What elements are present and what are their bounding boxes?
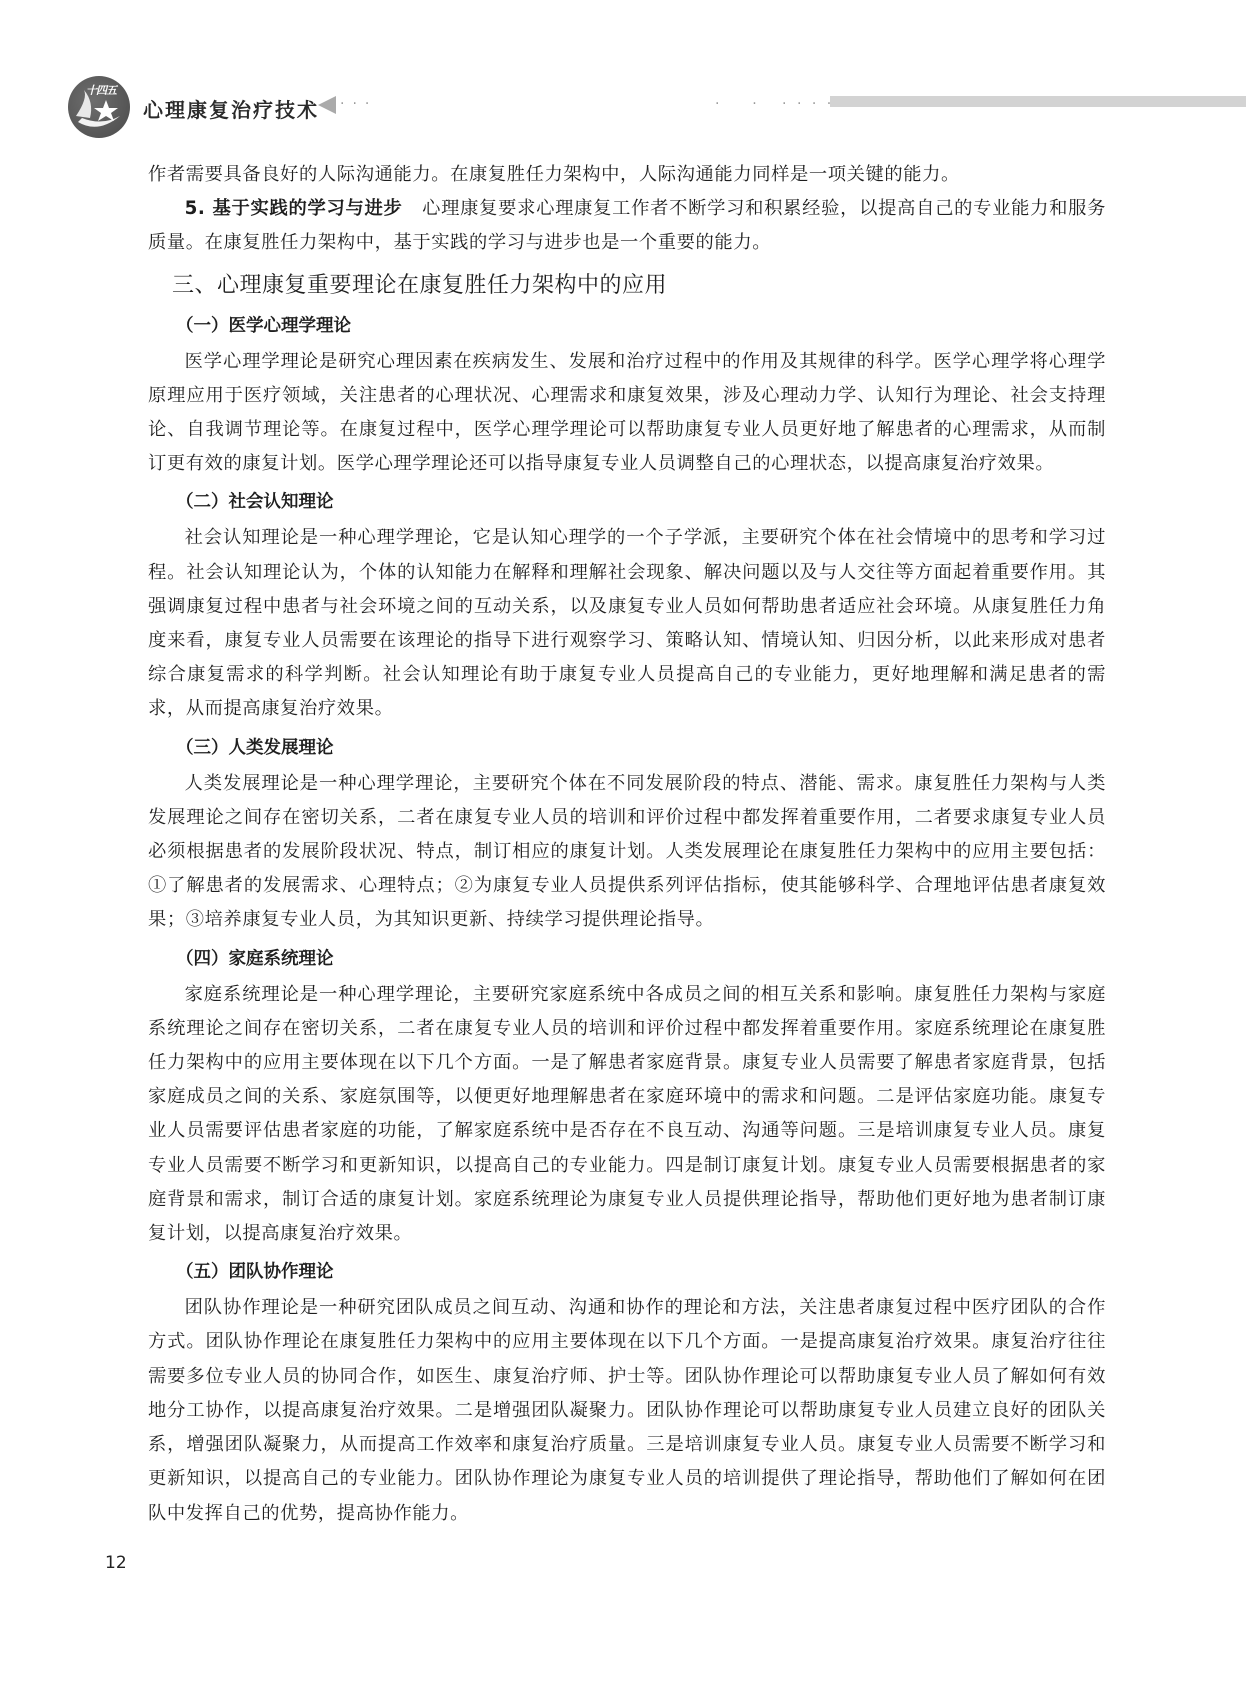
arrow-left-icon [318, 96, 336, 114]
section-title: 三、心理康复重要理论在康复胜任力架构中的应用 [172, 267, 1106, 305]
dots-decoration-right: · · · · · · · [715, 96, 849, 112]
page-content: 作者需要具备良好的人际沟通能力。在康复胜任力架构中，人际沟通能力同样是一项关键的… [148, 158, 1106, 1531]
subsection-paragraph-3: 人类发展理论是一种心理学理论，主要研究个体在不同发展阶段的特点、潜能、需求。康复… [148, 767, 1106, 938]
subsection-paragraph-1: 医学心理学理论是研究心理因素在疾病发生、发展和治疗过程中的作用及其规律的科学。医… [148, 345, 1106, 482]
subsection-paragraph-5: 团队协作理论是一种研究团队成员之间互动、沟通和协作的理论和方法，关注患者康复过程… [148, 1291, 1106, 1530]
item-5-paragraph: 5. 基于实践的学习与进步 心理康复要求心理康复工作者不断学习和积累经验，以提高… [148, 192, 1106, 260]
page-number: 12 [105, 1553, 127, 1573]
book-title: 心理康复治疗技术 [143, 94, 319, 123]
item-5-label: 5. 基于实践的学习与进步 [185, 198, 403, 219]
logo-text: 十四五 [86, 82, 116, 98]
subsection-heading-1: （一）医学心理学理论 [176, 309, 1106, 343]
subsection-heading-3: （三）人类发展理论 [176, 731, 1106, 765]
subsection-heading-4: （四）家庭系统理论 [176, 942, 1106, 976]
dots-decoration: ··· [340, 96, 377, 112]
header-bar [830, 96, 1246, 107]
series-logo-icon: 十四五 [68, 76, 130, 138]
subsection-heading-2: （二）社会认知理论 [176, 485, 1106, 519]
page-header: 十四五 心理康复治疗技术 ··· · · · · · · · [0, 0, 1246, 150]
subsection-heading-5: （五）团队协作理论 [176, 1255, 1106, 1289]
subsection-paragraph-2: 社会认知理论是一种心理学理论，它是认知心理学的一个子学派，主要研究个体在社会情境… [148, 521, 1106, 726]
carryover-paragraph: 作者需要具备良好的人际沟通能力。在康复胜任力架构中，人际沟通能力同样是一项关键的… [148, 158, 1106, 192]
subsection-paragraph-4: 家庭系统理论是一种心理学理论，主要研究家庭系统中各成员之间的相互关系和影响。康复… [148, 978, 1106, 1252]
